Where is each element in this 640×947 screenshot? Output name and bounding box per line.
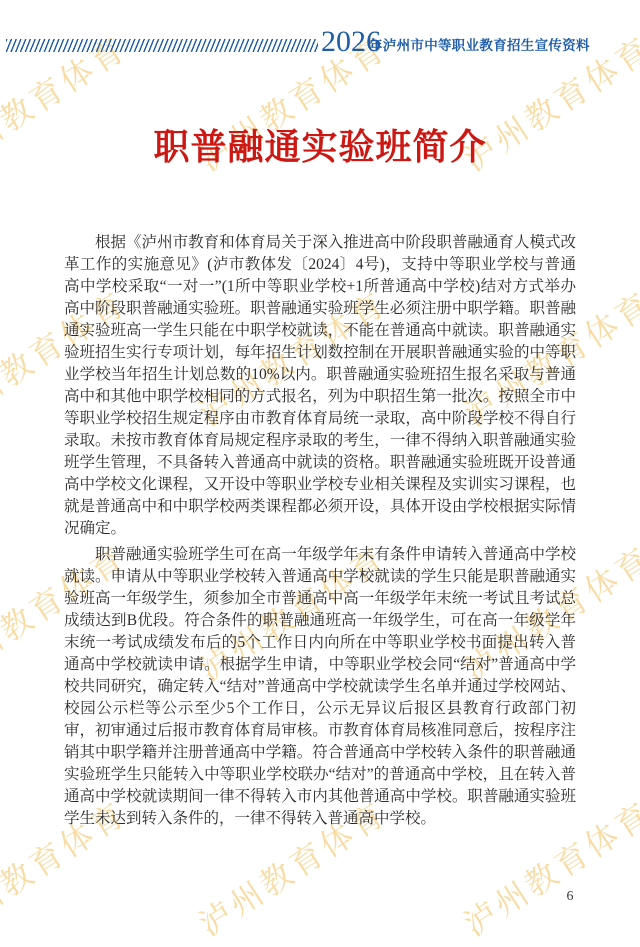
paragraph-1: 根据《泸州市教育和体育局关于深入推进高中阶段职普融通育人模式改革工作的实施意见》… (64, 232, 576, 540)
page-title: 职普融通实验班简介 (0, 127, 640, 167)
page-number: 6 (560, 889, 580, 905)
header-subtitle: 年泸州市中等职业教育招生宣传资料 (369, 38, 590, 53)
body-text: 根据《泸州市教育和体育局关于深入推进高中阶段职普融通育人模式改革工作的实施意见》… (64, 232, 576, 830)
paragraph-2: 职普融通实验班学生可在高一年级学年末有条件申请转入普通高中学校就读。申请从中等职… (64, 544, 576, 830)
document-page: 泸州教育体育泸州教育体育泸州教育体育泸州教育体育泸州教育体育泸州教育体育泸州教育… (0, 0, 640, 947)
header-stripe-band (6, 39, 318, 52)
